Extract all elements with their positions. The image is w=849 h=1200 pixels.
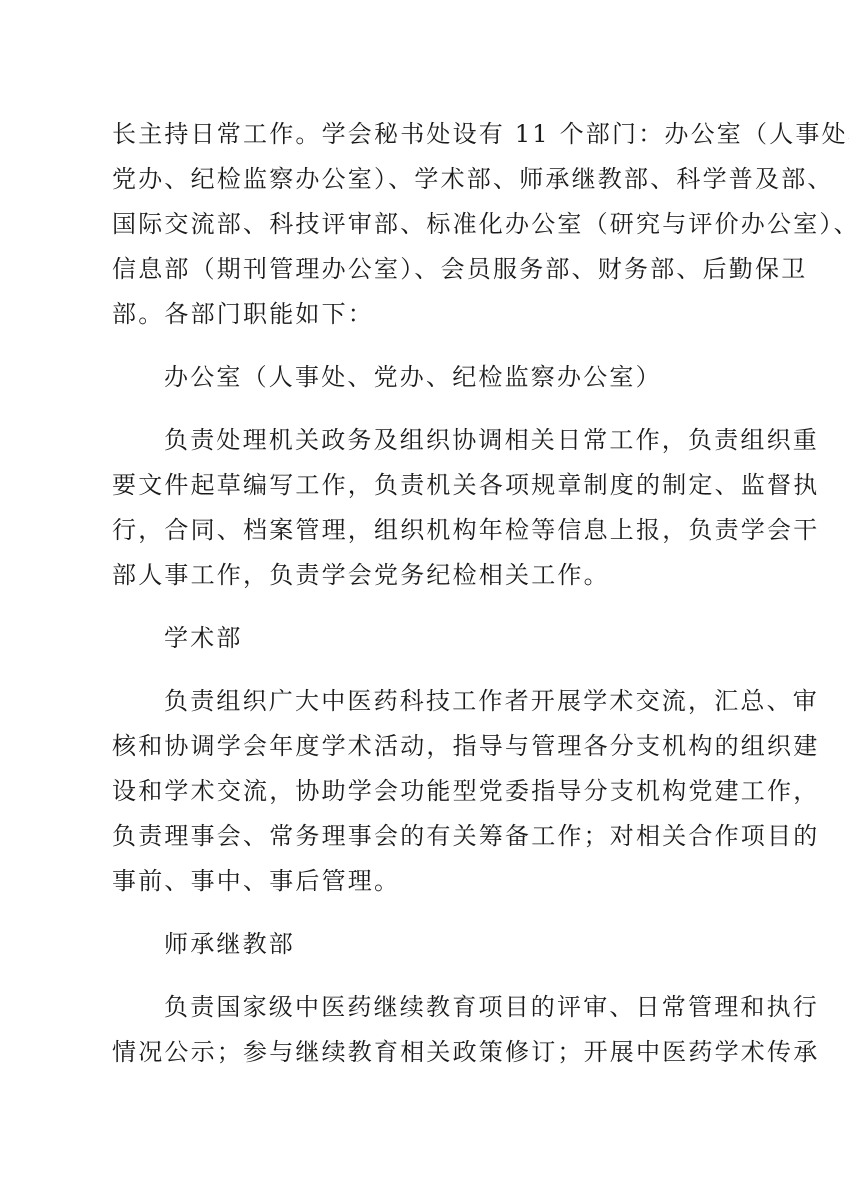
document-page: 长主持日常工作。学会秘书处设有 11 个部门：办公室（人事处、 党办、纪检监察办… — [112, 112, 738, 1075]
heading-text: 师承继教部 — [112, 922, 738, 967]
text-line: 党办、纪检监察办公室）、学术部、师承继教部、科学普及部、 — [112, 157, 738, 202]
paragraph-spacer — [112, 598, 738, 616]
text-line: 负责国家级中医药继续教育项目的评审、日常管理和执行 — [112, 985, 738, 1030]
paragraph-spacer — [112, 400, 738, 418]
paragraph-spacer — [112, 661, 738, 679]
text-line: 负责理事会、常务理事会的有关筹备工作；对相关合作项目的 — [112, 814, 738, 859]
text-line: 行，合同、档案管理，组织机构年检等信息上报，负责学会干 — [112, 508, 738, 553]
paragraph-spacer — [112, 904, 738, 922]
text-line: 核和协调学会年度学术活动，指导与管理各分支机构的组织建 — [112, 724, 738, 769]
heading-text: 学术部 — [112, 616, 738, 661]
paragraph-spacer — [112, 337, 738, 355]
heading-text: 办公室（人事处、党办、纪检监察办公室） — [112, 355, 738, 400]
section-heading-mentorship-education: 师承继教部 — [112, 922, 738, 967]
text-line: 信息部（期刊管理办公室）、会员服务部、财务部、后勤保卫 — [112, 247, 738, 292]
text-line: 长主持日常工作。学会秘书处设有 11 个部门：办公室（人事处、 — [112, 112, 738, 157]
section-body-academic: 负责组织广大中医药科技工作者开展学术交流，汇总、审 核和协调学会年度学术活动，指… — [112, 679, 738, 904]
intro-paragraph: 长主持日常工作。学会秘书处设有 11 个部门：办公室（人事处、 党办、纪检监察办… — [112, 112, 738, 337]
text-line: 情况公示；参与继续教育相关政策修订；开展中医药学术传承 — [112, 1030, 738, 1075]
paragraph-spacer — [112, 967, 738, 985]
section-body-office: 负责处理机关政务及组织协调相关日常工作，负责组织重 要文件起草编写工作，负责机关… — [112, 418, 738, 598]
text-line: 负责组织广大中医药科技工作者开展学术交流，汇总、审 — [112, 679, 738, 724]
text-line: 事前、事中、事后管理。 — [112, 859, 738, 904]
section-heading-academic: 学术部 — [112, 616, 738, 661]
text-line: 要文件起草编写工作，负责机关各项规章制度的制定、监督执 — [112, 463, 738, 508]
text-line: 设和学术交流，协助学会功能型党委指导分支机构党建工作， — [112, 769, 738, 814]
section-heading-office: 办公室（人事处、党办、纪检监察办公室） — [112, 355, 738, 400]
text-line: 负责处理机关政务及组织协调相关日常工作，负责组织重 — [112, 418, 738, 463]
text-line: 国际交流部、科技评审部、标准化办公室（研究与评价办公室）、 — [112, 202, 738, 247]
section-body-mentorship-education: 负责国家级中医药继续教育项目的评审、日常管理和执行 情况公示；参与继续教育相关政… — [112, 985, 738, 1075]
text-line: 部人事工作，负责学会党务纪检相关工作。 — [112, 553, 738, 598]
text-line: 部。各部门职能如下： — [112, 292, 738, 337]
